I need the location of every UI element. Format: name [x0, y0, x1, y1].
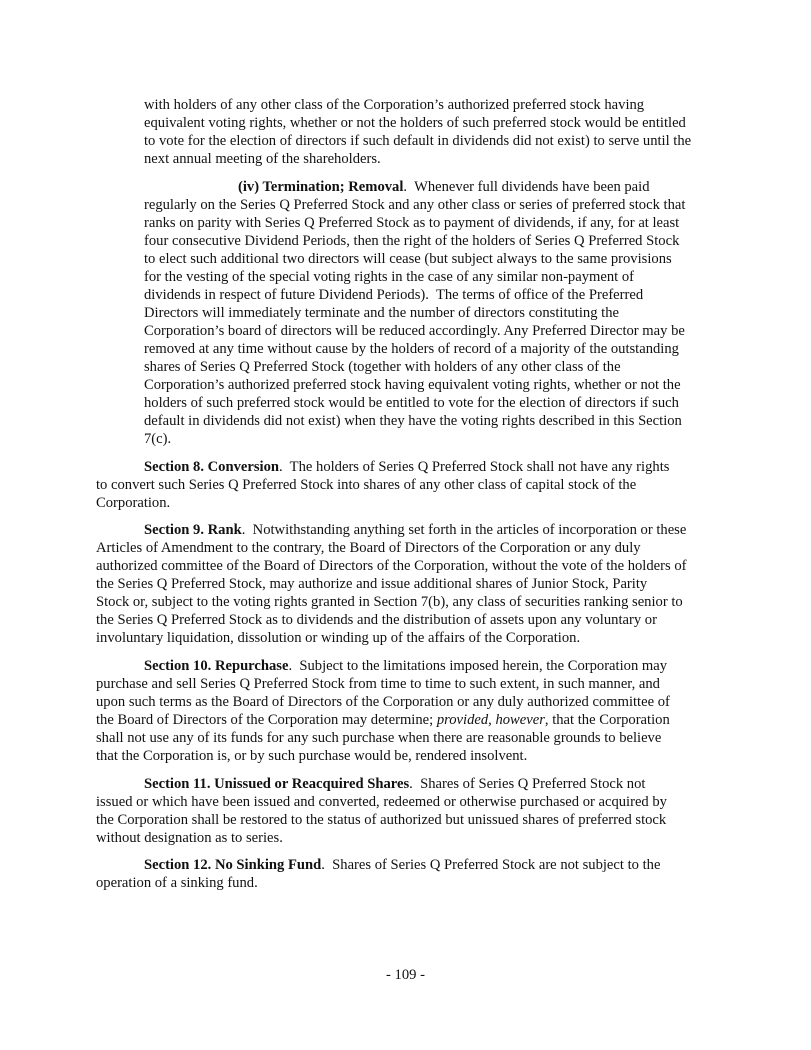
text-span: . Shares of Series Q Preferred Stock not [409, 776, 645, 792]
text-line: involuntary liquidation, dissolution or … [96, 629, 580, 647]
text-line: next annual meeting of the shareholders. [144, 150, 381, 168]
text-span: . Whenever full dividends have been paid [403, 179, 649, 195]
page-number: - 109 - [0, 966, 811, 984]
text-line: for the vesting of the special voting ri… [144, 268, 634, 286]
section-heading: Section 9. Rank [144, 522, 242, 538]
text-line: default in dividends did not exist) when… [144, 412, 682, 430]
text-line: Directors will immediately terminate and… [144, 304, 619, 322]
text-line: with holders of any other class of the C… [144, 96, 644, 114]
section-heading: Section 10. Repurchase [144, 658, 288, 674]
text-span: . The holders of Series Q Preferred Stoc… [279, 459, 669, 475]
text-line: 7(c). [144, 430, 171, 448]
text-line: dividends in respect of future Dividend … [144, 286, 643, 304]
text-line: Corporation’s board of directors will be… [144, 322, 685, 340]
text-line: Articles of Amendment to the contrary, t… [96, 539, 641, 557]
text-line: (iv) Termination; Removal. Whenever full… [238, 178, 650, 196]
text-line: issued or which have been issued and con… [96, 793, 667, 811]
text-line: regularly on the Series Q Preferred Stoc… [144, 196, 685, 214]
text-line: ranks on parity with Series Q Preferred … [144, 214, 679, 232]
text-line: Section 12. No Sinking Fund. Shares of S… [144, 856, 660, 874]
text-line: operation of a sinking fund. [96, 874, 258, 892]
text-line: the Corporation shall be restored to the… [96, 811, 666, 829]
text-line: purchase and sell Series Q Preferred Sto… [96, 675, 660, 693]
text-line: to elect such additional two directors w… [144, 250, 672, 268]
text-span: . Notwithstanding anything set forth in … [242, 522, 687, 538]
subsection-heading: (iv) Termination; Removal [238, 179, 403, 195]
text-line: authorized committee of the Board of Dir… [96, 557, 686, 575]
section-heading: Section 12. No Sinking Fund [144, 857, 321, 873]
text-line: holders of such preferred stock would be… [144, 394, 679, 412]
text-line: Section 9. Rank. Notwithstanding anythin… [144, 521, 686, 539]
italic-proviso: provided, however [437, 712, 545, 728]
text-line: the Series Q Preferred Stock, may author… [96, 575, 647, 593]
text-line: Section 8. Conversion. The holders of Se… [144, 458, 669, 476]
text-line: to convert such Series Q Preferred Stock… [96, 476, 636, 494]
text-line: Stock or, subject to the voting rights g… [96, 593, 683, 611]
text-line: that the Corporation is, or by such purc… [96, 747, 527, 765]
text-span: the Board of Directors of the Corporatio… [96, 712, 437, 728]
document-page: with holders of any other class of the C… [0, 0, 811, 1050]
text-span: . Shares of Series Q Preferred Stock are… [321, 857, 660, 873]
text-line: to vote for the election of directors if… [144, 132, 691, 150]
text-line: Corporation’s authorized preferred stock… [144, 376, 681, 394]
text-line: the Series Q Preferred Stock as to divid… [96, 611, 657, 629]
text-span: , that the Corporation [545, 712, 670, 728]
text-line: Section 10. Repurchase. Subject to the l… [144, 657, 667, 675]
text-line: removed at any time without cause by the… [144, 340, 679, 358]
text-line: four consecutive Dividend Periods, then … [144, 232, 679, 250]
section-heading: Section 11. Unissued or Reacquired Share… [144, 776, 409, 792]
text-span: . Subject to the limitations imposed her… [288, 658, 667, 674]
text-line: the Board of Directors of the Corporatio… [96, 711, 670, 729]
text-line: shares of Series Q Preferred Stock (toge… [144, 358, 621, 376]
text-line: upon such terms as the Board of Director… [96, 693, 670, 711]
text-line: Section 11. Unissued or Reacquired Share… [144, 775, 645, 793]
text-line: without designation as to series. [96, 829, 283, 847]
text-line: shall not use any of its funds for any s… [96, 729, 661, 747]
text-line: Corporation. [96, 494, 170, 512]
section-heading: Section 8. Conversion [144, 459, 279, 475]
text-line: equivalent voting rights, whether or not… [144, 114, 686, 132]
